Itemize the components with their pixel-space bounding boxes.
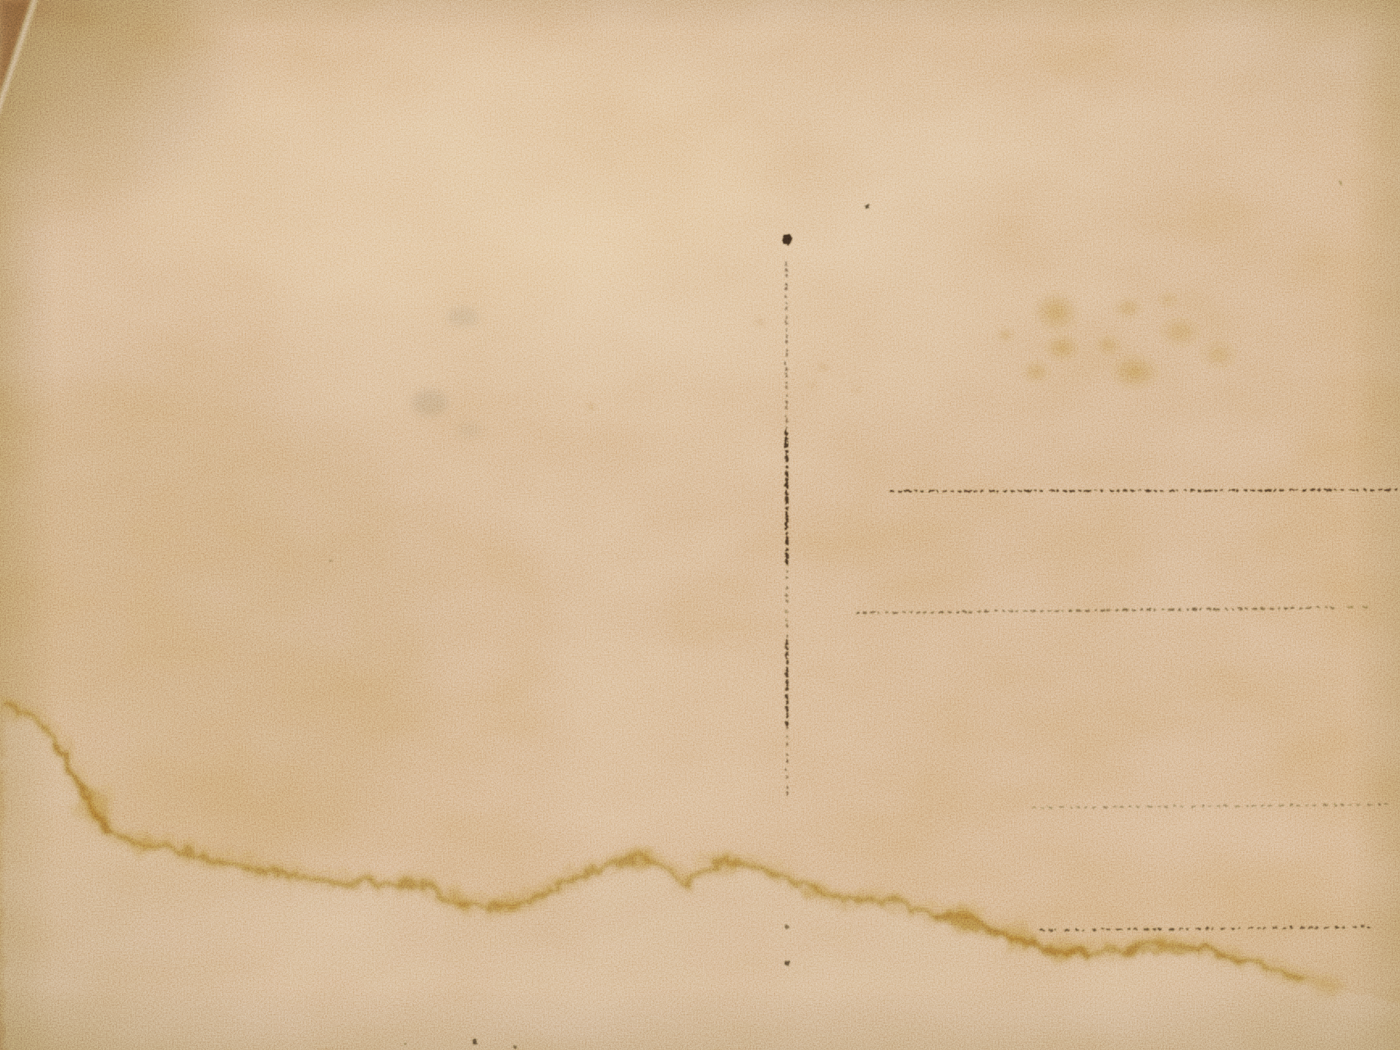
paper-detail-layer (0, 0, 1400, 1050)
aged-postcard-photo (0, 0, 1400, 1050)
paper-grain-texture (0, 0, 1400, 1050)
